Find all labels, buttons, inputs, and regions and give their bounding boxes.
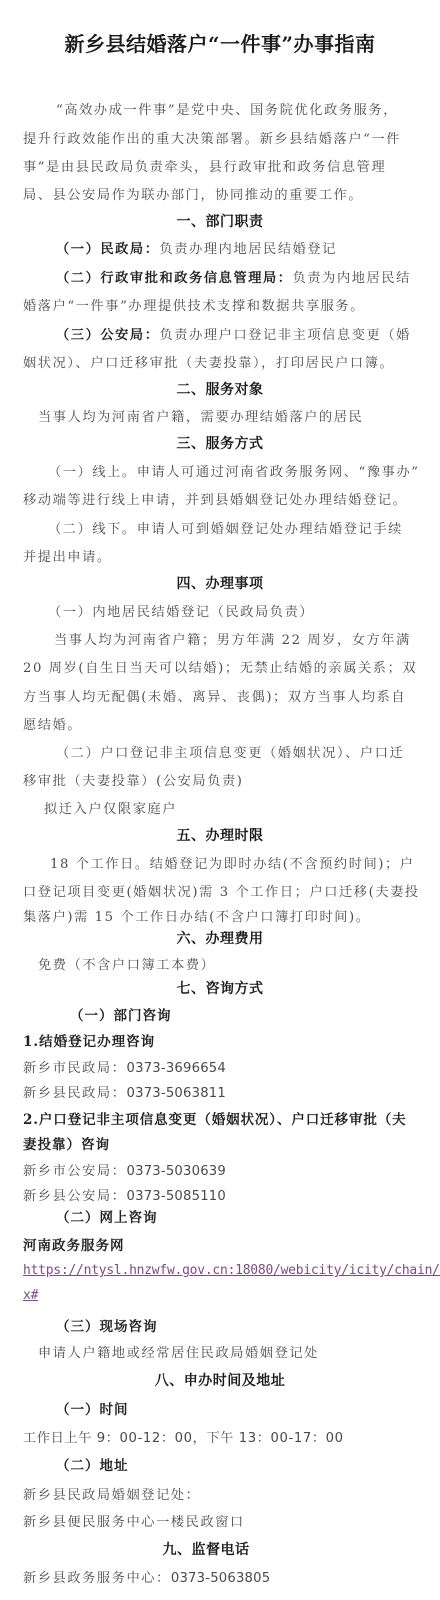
document-title: 新乡县结婚落户“一件事”办事指南 (0, 28, 440, 57)
duty-label: （三）公安局： (56, 328, 160, 343)
marriage-consult-title: 1.结婚登记办理咨询 (23, 1030, 155, 1050)
item-line: 方当事人均无配偶(未婚、离异、丧偶)；双方当事人均系自 (23, 686, 406, 705)
online-service-link-cont[interactable]: x# (23, 1288, 38, 1303)
contact-row: 新乡县民政局：0373-5063811 (23, 1082, 226, 1101)
section-heading-time-limit: 五、办理时限 (0, 825, 440, 845)
contact-row: 新乡市公安局：0373-5030639 (23, 1160, 226, 1179)
contact-phone: 0373-5063805 (171, 1571, 270, 1586)
fees-text: 免费（不含户口簿工本费） (38, 954, 215, 973)
intro-line: 局、县公安局作为联办部门，协同推动的重要工作。 (23, 184, 363, 203)
time-limit-line: 18 个工作日。结婚登记为即时办结(不含预约时间)；户 (50, 853, 415, 872)
duty-text-cont: 姻状况）、户口迁移审批（夫妻投靠），打印居民户口簿。 (23, 352, 394, 371)
section-heading-consultation: 七、咨询方式 (0, 978, 440, 998)
time-limit-line: 口登记项目变更(婚姻状况)需 3 个工作日；户口迁移(夫妻投 (23, 881, 420, 900)
supervision-contact: 新乡县政务服务中心：0373-5063805 (23, 1567, 270, 1586)
onsite-consultation-text: 申请人户籍地或经常居住民政局婚姻登记处 (38, 1342, 319, 1361)
duty-text-cont: 婚落户“一件事”办理提供技术支撑和数据共享服务。 (23, 295, 365, 314)
address-heading: （二）地址 (56, 1454, 129, 1474)
section-heading-service-targets: 二、服务对象 (0, 379, 440, 399)
contact-name: 新乡市公安局： (23, 1164, 127, 1179)
section-heading-duties: 一、部门职责 (0, 211, 440, 231)
section-heading-hours-address: 八、申办时间及地址 (0, 1370, 440, 1390)
duty-label: （一）民政局： (56, 242, 160, 257)
hukou-consult-title-cont: 妻投靠）咨询 (23, 1133, 110, 1153)
onsite-consultation-heading: （三）现场咨询 (56, 1315, 158, 1335)
service-method-line: （二）线下。申请人可到婚姻登记处办理结婚登记手续 (48, 518, 403, 537)
office-hours: 工作日上午 9：00-12：00，下午 13：00-17：00 (23, 1427, 344, 1446)
contact-row: 新乡县公安局：0373-5085110 (23, 1185, 226, 1204)
duty-text: 负责办理户口登记非主项信息变更（婚 (160, 328, 411, 343)
contact-phone: 0373-5063811 (127, 1086, 226, 1101)
contact-phone: 0373-3696654 (127, 1061, 226, 1076)
contact-name: 新乡县政务服务中心： (23, 1571, 171, 1586)
item-line: 拟迁入户仅限家庭户 (44, 798, 177, 817)
online-consultation-heading: （二）网上咨询 (56, 1206, 158, 1226)
hukou-consult-title: 2.户口登记非主项信息变更（婚姻状况）、户口迁移审批（夫 (23, 1108, 407, 1128)
duty-item-admin-approval: （二）行政审批和政务信息管理局：负责为内地居民结 (56, 267, 411, 286)
time-heading: （一）时间 (56, 1398, 129, 1418)
service-method-line: 并提出申请。 (23, 546, 112, 565)
online-site-name: 河南政务服务网 (23, 1234, 125, 1254)
section-heading-fees: 六、办理费用 (0, 928, 440, 948)
item-line: （二）户口登记非主项信息变更（婚姻状况）、户口迁 (56, 742, 404, 761)
item-line: （一）内地居民结婚登记（民政局负责） (48, 601, 314, 620)
intro-line: 事”是由县民政局负责牵头，县行政审批和政务信息管理 (23, 156, 386, 175)
contact-name: 新乡县民政局： (23, 1086, 127, 1101)
duty-item-public-security: （三）公安局：负责办理户口登记非主项信息变更（婚 (56, 324, 411, 343)
contact-name: 新乡市民政局： (23, 1061, 127, 1076)
address-line: 新乡县便民服务中心一楼民政窗口 (23, 1511, 245, 1530)
time-limit-line: 集落户)需 15 个工作日办结(不含户口簿打印时间)。 (23, 906, 371, 925)
dept-consultation-heading: （一）部门咨询 (70, 1004, 172, 1024)
contact-phone: 0373-5030639 (127, 1164, 226, 1179)
section-heading-items: 四、办理事项 (0, 573, 440, 593)
service-target-text: 当事人均为河南省户籍，需要办理结婚落户的居民 (38, 406, 363, 425)
section-heading-supervision: 九、监督电话 (0, 1539, 426, 1559)
duty-text: 负责办理内地居民结婚登记 (160, 242, 337, 257)
intro-line: “高效办成一件事”是党中央、国务院优化政务服务， (56, 99, 398, 118)
duty-item-civil-affairs: （一）民政局：负责办理内地居民结婚登记 (56, 238, 337, 257)
contact-name: 新乡县公安局： (23, 1189, 127, 1204)
service-method-line: （一）线上。申请人可通过河南省政务服务网、“豫事办” (48, 461, 420, 480)
item-line: 20 周岁(自生日当天可以结婚)；无禁止结婚的亲属关系；双 (23, 657, 417, 676)
item-line: 当事人均为河南省户籍；男方年满 22 周岁，女方年满 (54, 629, 411, 648)
item-line: 愿结婚。 (23, 714, 82, 733)
address-line: 新乡县民政局婚姻登记处： (23, 1484, 200, 1503)
duty-text: 负责为内地居民结 (293, 271, 411, 286)
item-line: 移审批（夫妻投靠）(公安局负责) (23, 770, 244, 789)
online-service-link[interactable]: https://ntysl.hnzwfw.gov.cn:18080/webici… (23, 1263, 440, 1278)
intro-line: 提升行政效能作出的重大决策部署。新乡县结婚落户“一件 (23, 128, 401, 147)
duty-label: （二）行政审批和政务信息管理局： (56, 271, 293, 286)
service-method-line: 移动端等进行线上申请，并到县婚姻登记处办理结婚登记。 (23, 489, 407, 508)
contact-phone: 0373-5085110 (127, 1189, 226, 1204)
section-heading-service-methods: 三、服务方式 (0, 433, 440, 453)
contact-row: 新乡市民政局：0373-3696654 (23, 1057, 226, 1076)
